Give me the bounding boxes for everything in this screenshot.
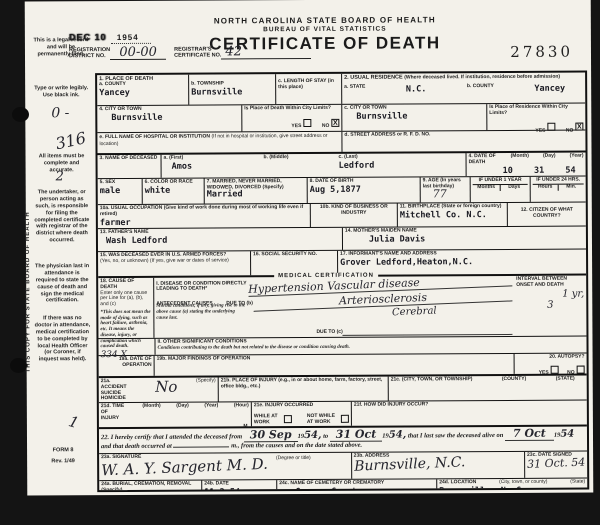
field-other-conditions-spacer [98, 339, 154, 355]
value-father-name: Wash Ledford [106, 235, 340, 246]
field-length-of-stay: c. LENGTH OF STAY (in this place) [276, 74, 342, 104]
value-residence-state: N.C. [406, 84, 427, 94]
field-other-conditions: II. OTHER SIGNIFICANT CONDITIONS Conditi… [154, 337, 586, 355]
field-under-1-year: IF UNDER 1 YEAR Months Days [471, 177, 531, 202]
field-father-name: 13. FATHER'S NAME Wash Ledford [98, 228, 343, 251]
registration-district-value: 00-00 [110, 47, 166, 60]
value-mother-name: Julia Davis [369, 233, 584, 244]
value-burial-date: 11-2-54 [204, 487, 274, 492]
field-city-of-residence: c. CITY OR TOWN Burnsville [342, 104, 487, 131]
registration-line: REGISTRATION DISTRICT NO. 00-00 REGISTRA… [69, 46, 399, 60]
field-city-of-death: 4. CITY OR TOWN Burnsville [97, 105, 242, 132]
field-first-name: a. (First) Amos [162, 154, 262, 178]
value-date-of-birth: Aug 5,1877 [310, 184, 418, 195]
registration-district-label: REGISTRATION DISTRICT NO. [69, 47, 110, 60]
value-last-name: Ledford [339, 160, 464, 171]
registrar-certificate-label: REGISTRAR'S CERTIFICATE NO. [174, 47, 221, 60]
form-revision: Rev. 1/49 [35, 458, 91, 465]
value-cemetery: Cooper Cemetery [295, 486, 434, 492]
field-under-24-hrs: IF UNDER 24 HRS. Hours Min. [531, 177, 586, 202]
field-race: 6. COLOR OR RACE white [143, 179, 205, 204]
value-death-day: 31 [534, 165, 544, 175]
value-date-signed: 31 Oct. 54 [527, 455, 586, 470]
value-city-of-death: Burnsville [111, 112, 239, 123]
field-autopsy: 20. AUTOPSY? YES NO [515, 354, 587, 374]
value-death-year: 54 [565, 165, 575, 175]
field-occupation: 10a. USUAL OCCUPATION (Give kind of work… [98, 204, 311, 228]
field-usual-residence: 2. USUAL RESIDENCE (Where deceased lived… [342, 73, 585, 104]
field-interval: INTERVAL BETWEEN ONSET AND DEATH 1 yr, 3 [514, 276, 586, 336]
field-accident-suicide: 21a. ACCIDENT SUICIDE HOMICIDE No (Speci… [99, 377, 219, 402]
value-birthplace: Mitchell Co. N.C. [400, 210, 505, 221]
header-line2: BUREAU OF VITAL STATISTICS [185, 25, 465, 33]
value-year-from: 54, [304, 430, 321, 441]
value-interval-a: 1 yr, [516, 288, 584, 299]
field-township: b. TOWNSHIP Burnsville [189, 74, 276, 104]
field-age: 9. AGE (In years last birthday) 77 [421, 177, 471, 202]
field-citizen: 12. CITIZEN OF WHAT COUNTRY? [508, 203, 586, 226]
field-date-of-death: 4. DATE OF DEATH (Month) (Day) (Year) 10… [467, 153, 586, 177]
margin-note-no-doctor: If there was no doctor in attendance, me… [34, 315, 90, 363]
checkbox-death-limits-no: X [331, 118, 339, 126]
field-injury-occurred: 21e. INJURY OCCURRED WHILE AT WORK NOT W… [252, 402, 352, 427]
field-burial-date: 24b. DATE 11-2-54 [202, 480, 277, 492]
header-line1: NORTH CAROLINA STATE BOARD OF HEALTH [185, 15, 465, 25]
field-medical-certification: MEDICAL CERTIFICATION I. DISEASE OR COND… [154, 276, 514, 338]
field-injury-location: 21c. (CITY, TOWN, OR TOWNSHIP) (COUNTY) … [389, 376, 587, 401]
value-attended-from: 30 Sep [244, 428, 298, 442]
field-birthplace: 11. BIRTHPLACE (State or foreign country… [398, 203, 508, 227]
field-street-address: d. STREET ADDRESS or R. F. D. NO. [342, 131, 585, 152]
margin-handwriting-2: 316 [54, 128, 88, 153]
value-interval-b: 3 [516, 299, 584, 310]
margin-note-undertaker: The undertaker, or person acting as such… [34, 189, 90, 244]
margin-handwriting-3: 2 [56, 169, 64, 184]
value-first-name: Amos [172, 161, 260, 171]
margin-handwriting-1: 0 - [51, 105, 69, 121]
value-informant: Grover Ledford,Heaton,N.C. [340, 256, 584, 267]
field-middle-name: b. (Middle) [262, 154, 337, 177]
field-residence-city-limits: Is Place of Residence Within City Limits… [487, 104, 585, 131]
field-informant: 17. INFORMANT'S NAME AND ADDRESS Grover … [338, 250, 586, 275]
received-date-stamp: DEC 10 1954 [69, 27, 189, 46]
field-armed-forces: 15. WAS DECEASED EVER IN U.S. ARMED FORC… [98, 251, 251, 276]
value-accident: No [155, 378, 177, 396]
value-race: white [145, 185, 202, 195]
field-mother-name: 14. MOTHER'S MAIDEN NAME Julia Davis [343, 227, 586, 250]
value-city-of-residence: Burnsville [356, 111, 484, 122]
field-place-of-injury: 21b. PLACE OF INJURY (e.g., in or about … [219, 377, 389, 402]
field-burial: 24a. BURIAL, CREMATION, REMOVAL (Specify… [99, 481, 202, 493]
field-cemetery-location: 24d. LOCATION (City, town, or county) (S… [437, 479, 587, 493]
certificate-serial-number: 27830 [510, 43, 573, 61]
field-ssn: 16. SOCIAL SECURITY NO. [251, 251, 338, 275]
certificate-form: 1. PLACE OF DEATH a. COUNTY Yancey b. TO… [95, 71, 589, 493]
field-marital-status: 7. MARRIED, NEVER MARRIED, WIDOWED, DIVO… [205, 178, 308, 204]
field-death-city-limits: Is Place of Death Within City Limits? YE… [242, 105, 342, 132]
checkbox-death-limits-yes [303, 119, 311, 127]
field-cemetery: 24c. NAME OF CEMETERY OR CREMATORY Coope… [277, 479, 437, 492]
value-attended-to: 31 Oct [330, 428, 383, 442]
stamp-month-day: DEC 10 [69, 32, 107, 42]
field-operation-findings: 19b. MAJOR FINDINGS OF OPERATION [155, 354, 515, 376]
value-year-alive: 54 [560, 429, 574, 440]
field-place-of-death-county: 1. PLACE OF DEATH a. COUNTY Yancey [97, 75, 189, 105]
form-number: FORM 8 [35, 447, 91, 454]
value-occupation: farmer [100, 217, 308, 228]
checkbox-not-while-at-work [341, 414, 349, 422]
hole-punch [12, 107, 29, 122]
checkbox-autopsy-yes [551, 365, 559, 373]
field-last-name: c. (Last) Ledford [337, 153, 467, 177]
stamp-year: 1954 [111, 33, 151, 44]
value-year-to: 54, [389, 429, 406, 440]
death-certificate-scan: THIS COPY FOR STATE BOARD OF HEALTH This… [25, 0, 594, 495]
field-cause-of-death-sidebar: 18. CAUSE OF DEATH Enter only one cause … [98, 278, 154, 338]
value-cemetery-location: Burnsville, N. C. [439, 485, 585, 492]
checkbox-while-at-work [284, 415, 292, 423]
field-time-of-injury: 21d. TIME OF INJURY (Month) (Day) (Year)… [99, 402, 252, 427]
field-name-label: 3. NAME OF DECEASED [98, 155, 162, 178]
field-physician-signature: 23a. SIGNATURE W. A. Y. Sargent M. D. (D… [99, 453, 352, 480]
value-county: Yancey [99, 88, 186, 98]
margin-handwriting-4: 1 [66, 412, 81, 432]
field-certification-statement: 22. I hereby certify that I attended the… [99, 427, 587, 454]
field-hospital-name: e. FULL NAME OF HOSPITAL OR INSTITUTION … [97, 132, 342, 153]
margin-note-physician: The physician last in attendance is requ… [34, 263, 90, 305]
field-operation-date: 19a. DATE OF OPERATION [99, 356, 155, 376]
margin-note-type: Type or write legibly. Use black ink. [33, 85, 89, 99]
registrar-certificate-value: 42 [221, 46, 311, 59]
value-residence-county: Yancey [534, 83, 565, 93]
field-physician-address: 23b. ADDRESS Burnsville, N.C. [352, 452, 525, 479]
field-date-of-birth: 8. DATE OF BIRTH Aug 5,1877 [308, 177, 421, 203]
field-business: 10b. KIND OF BUSINESS OR INDUSTRY [311, 204, 398, 227]
checkbox-autopsy-no [577, 365, 585, 373]
hole-punch [10, 358, 27, 373]
field-date-signed: 23c. DATE SIGNED 31 Oct. 54 [525, 452, 587, 478]
value-sex: male [100, 186, 140, 196]
value-township: Burnsville [191, 87, 273, 97]
field-sex: 5. SEX male [98, 179, 143, 204]
field-how-injury-occurred: 21f. HOW DID INJURY OCCUR? [352, 401, 587, 426]
value-last-alive: 7 Oct [505, 427, 554, 441]
value-death-month: 10 [503, 165, 513, 175]
